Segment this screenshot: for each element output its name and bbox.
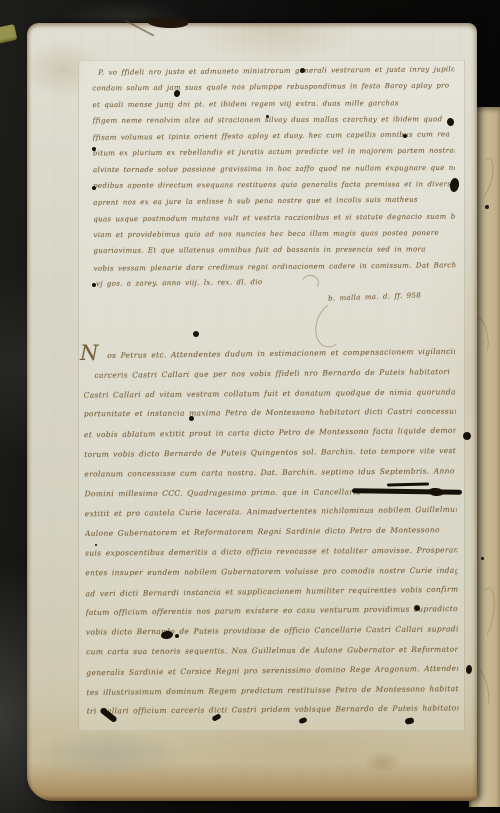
ink-speck — [485, 205, 489, 209]
ink-blot — [266, 115, 269, 118]
ink-speck — [481, 557, 484, 560]
ink-blot — [300, 68, 305, 73]
manuscript-line: vobis vessam plenarie dare credimus regn… — [94, 261, 456, 281]
show-through-mark — [473, 586, 497, 640]
ink-blot — [403, 134, 407, 138]
manuscript-line: tri Callari officium carceris dicti Cast… — [87, 704, 459, 727]
ink-blot — [414, 605, 420, 611]
notary-signature: b. malla ma. d. ff. 958 — [328, 291, 421, 302]
margin-dot — [92, 147, 96, 151]
manuscript-line: condam solum ad jam suas quale nos plump… — [92, 82, 454, 101]
ink-blot — [189, 416, 194, 421]
entry-date-line: vj gos. a zarey. anno viij. lx. rex. dl.… — [96, 278, 263, 288]
manuscript-line: guariavimus. Et que ullatenus omnibus fu… — [94, 245, 456, 263]
binding-fragment — [0, 24, 17, 44]
ink-blot — [463, 432, 471, 440]
manuscript-line: et quali mense junij dni pt. et ibidem r… — [92, 98, 454, 117]
margin-dot — [92, 283, 96, 287]
manuscript-photo: P. vo ffideli nro justo et admuneto mini… — [0, 0, 500, 813]
top-edge-damage — [148, 17, 188, 28]
manuscript-page: P. vo ffideli nro justo et admuneto mini… — [27, 23, 477, 801]
manuscript-line: erolanum concessisse cum carta nostra. D… — [84, 466, 456, 489]
second-entry-paragraph: os Petrus etc. Attendentes dudum in esti… — [83, 347, 459, 727]
signature-flourish — [310, 298, 355, 352]
first-entry-paragraph: P. vo ffideli nro justo et admuneto mini… — [92, 66, 455, 280]
manuscript-line: alvinte tornade solue passione gravissim… — [93, 164, 455, 183]
margin-dot — [92, 186, 96, 190]
manuscript-line: suis exposcentibus demeritis a dicto off… — [85, 545, 457, 568]
wormhole — [95, 544, 97, 546]
ink-blot — [175, 634, 179, 638]
ink-blot — [193, 331, 199, 337]
writing-area: P. vo ffideli nro justo et admuneto mini… — [78, 60, 465, 731]
